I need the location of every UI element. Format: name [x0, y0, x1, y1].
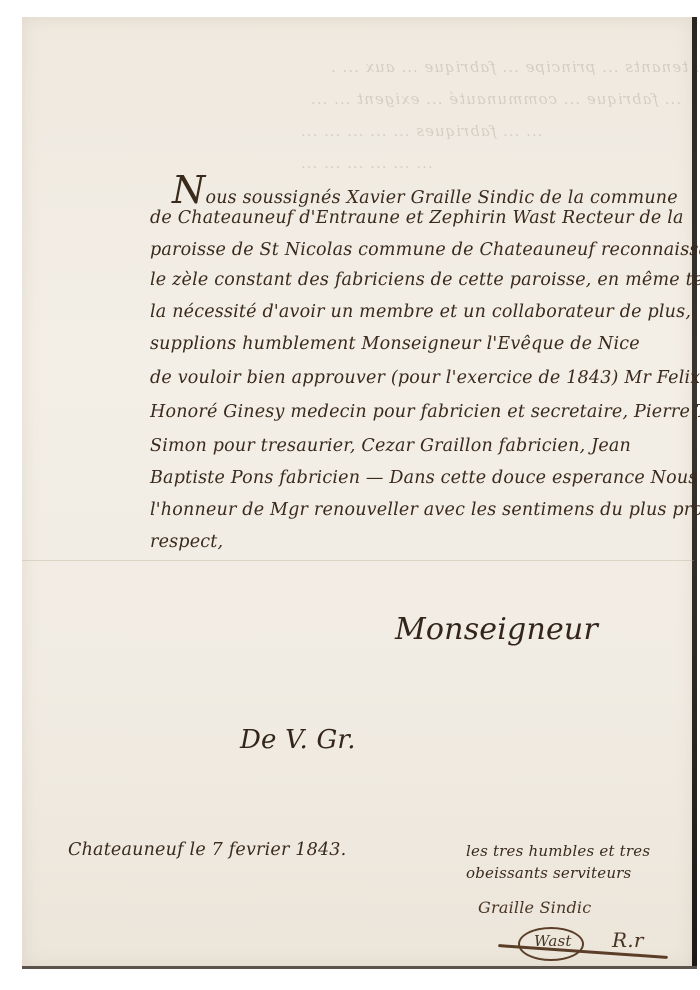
- bleed-through-line: La ... tenants ... principe ... fabrique…: [330, 58, 700, 76]
- salutation: Monseigneur: [395, 612, 598, 647]
- address-abbreviation: De V. Gr.: [240, 725, 356, 755]
- body-line: la nécessité d'avoir un membre et un col…: [150, 302, 691, 322]
- bleed-through-line: ... fabrique ... communauté ... exigent …: [310, 90, 681, 108]
- body-line: Simon pour tresaurier, Cezar Graillon fa…: [150, 436, 631, 456]
- signature-rector-abbrev: R.r: [612, 928, 644, 952]
- body-line: l'honneur de Mgr renouveller avec les se…: [150, 500, 700, 520]
- closing-line: obeissants serviteurs: [466, 864, 631, 882]
- fold-crease: [22, 560, 694, 561]
- paper-bottom-edge: [22, 966, 697, 969]
- body-line: de Chateauneuf d'Entraune et Zephirin Wa…: [150, 208, 684, 228]
- signature-graille: Graille Sindic: [478, 898, 591, 917]
- body-line: Nous soussignés Xavier Graille Sindic de…: [172, 168, 678, 212]
- body-line: paroisse de St Nicolas commune de Chatea…: [150, 240, 700, 260]
- body-line: Baptiste Pons fabricien — Dans cette dou…: [150, 468, 700, 488]
- bleed-through-line: ... ... fabriques ... ... ... ... ...: [300, 122, 542, 140]
- paper-right-edge: [692, 17, 697, 968]
- body-line: respect,: [150, 532, 223, 552]
- place-and-date: Chateauneuf le 7 fevrier 1843.: [68, 840, 346, 860]
- body-line: supplions humblement Monseigneur l'Evêqu…: [150, 334, 640, 354]
- body-line: le zèle constant des fabriciens de cette…: [150, 270, 700, 290]
- body-line: de vouloir bien approuver (pour l'exerci…: [150, 368, 700, 388]
- body-line: Honoré Ginesy medecin pour fabricien et …: [150, 402, 700, 422]
- closing-line: les tres humbles et tres: [466, 842, 650, 860]
